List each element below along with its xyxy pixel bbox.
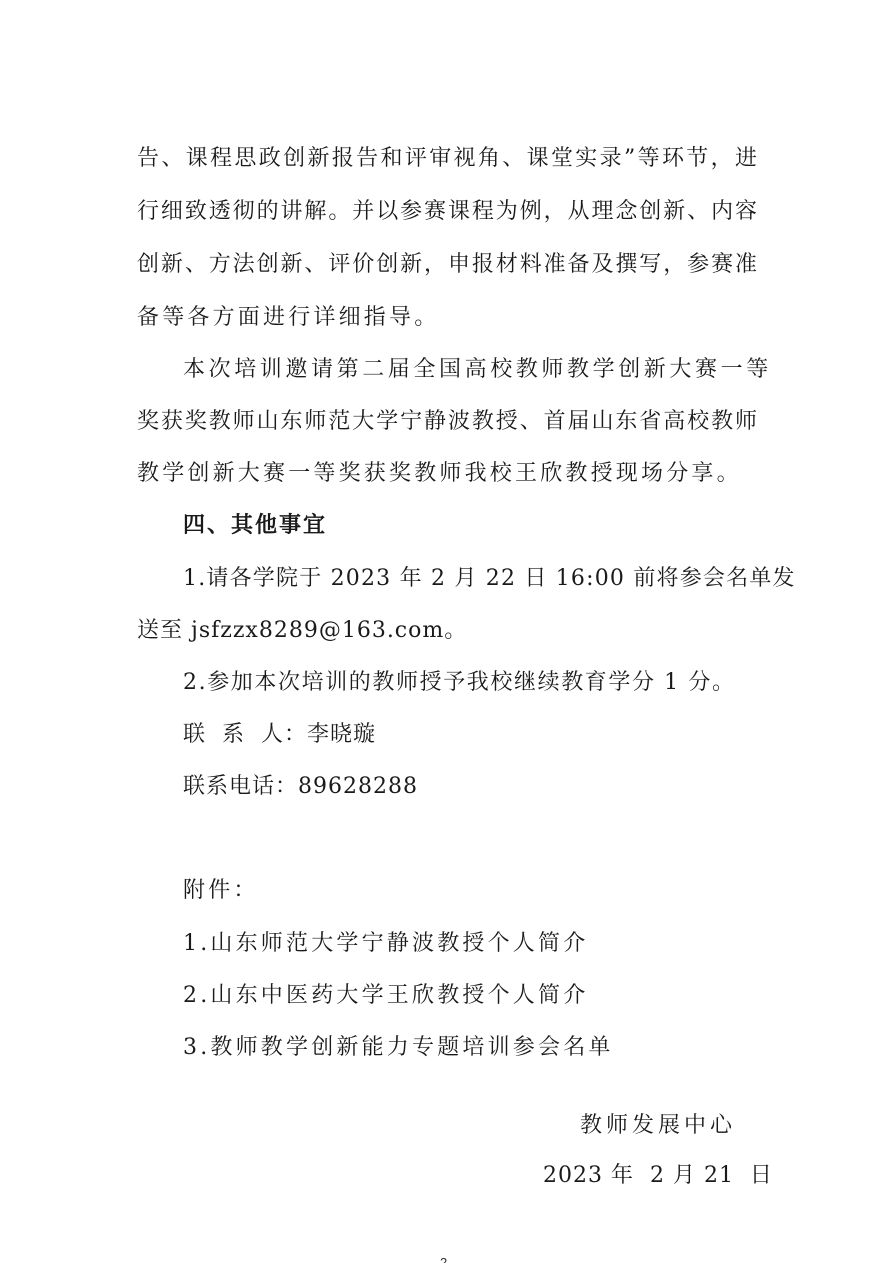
paragraph-line: 教学创新大赛一等奖获奖教师我校王欣教授现场分享。	[137, 461, 742, 487]
attachment-item: 3.教师教学创新能力专题培训参会名单	[183, 1035, 614, 1061]
paragraph-line: 告、课程思政创新报告和评审视角、课堂实录”等环节，进	[137, 146, 757, 172]
paragraph-line: 备等各方面进行详细指导。	[137, 305, 439, 331]
paragraph-line: 奖获奖教师山东师范大学宁静波教授、首届山东省高校教师	[137, 409, 757, 435]
attachment-item: 1.山东师范大学宁静波教授个人简介	[183, 931, 588, 957]
contact-phone: 联系电话：89628288	[183, 774, 418, 800]
contact-person: 联 系 人：李晓璇	[183, 722, 376, 748]
notice-item-1-cont: 送至 jsfzzx8289@163.com。	[137, 618, 467, 644]
paragraph-line: 本次培训邀请第二届全国高校教师教学创新大赛一等	[183, 357, 772, 383]
attachments-label: 附件：	[183, 878, 259, 904]
paragraph-line: 创新、方法创新、评价创新，申报材料准备及撰写，参赛准	[137, 252, 757, 278]
signature-org: 教师发展中心	[580, 1113, 736, 1139]
paragraph-line: 行细致透彻的讲解。并以参赛课程为例，从理念创新、内容	[137, 199, 757, 225]
section-heading: 四、其他事宜	[183, 513, 327, 539]
notice-item-2: 2.参加本次培训的教师授予我校继续教育学分 1 分。	[183, 670, 736, 696]
page-number: 2	[440, 1255, 447, 1263]
signature-date: 2023 年 2 月 21 日	[543, 1163, 773, 1189]
notice-item-1: 1.请各学院于 2023 年 2 月 22 日 16:00 前将参会名单发	[183, 566, 796, 592]
attachment-item: 2.山东中医药大学王欣教授个人简介	[183, 983, 588, 1009]
document-page: 告、课程思政创新报告和评审视角、课堂实录”等环节，进 行细致透彻的讲解。并以参赛…	[0, 0, 893, 1263]
